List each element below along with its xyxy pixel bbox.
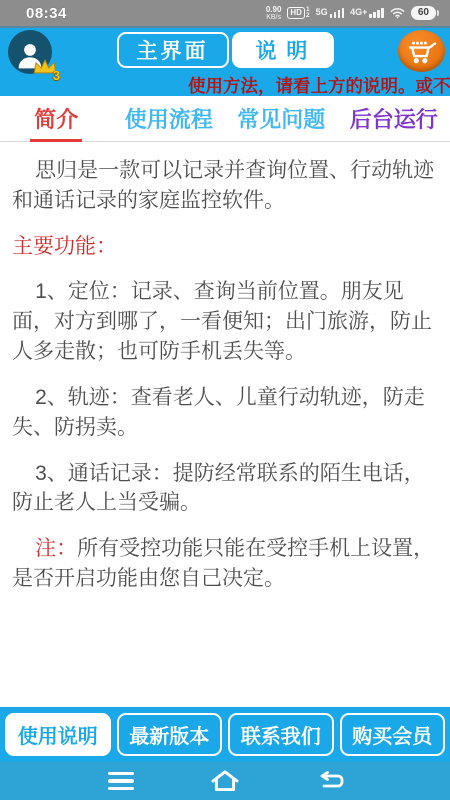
nav-recents-button[interactable] [108,772,134,791]
tab-bar: 简介 使用流程 常见问题 后台运行 [0,96,450,142]
feature-item-2: 2、轨迹：查看老人、儿童行动轨迹，防走失、防拐卖。 [12,383,440,443]
tab-background-run[interactable]: 后台运行 [338,96,450,141]
nav-back-button[interactable] [315,771,345,791]
intro-paragraph: 思归是一款可以记录并查询位置、行动轨迹和通话记录的家庭监控软件。 [12,156,440,216]
battery-level: 60 [418,7,429,18]
tab-intro[interactable]: 简介 [0,96,113,141]
main-screen-button[interactable]: 主界面 [117,32,229,68]
bottom-button-bar: 使用说明 最新版本 联系我们 购买会员 [0,707,450,762]
network-speed-value: 0.90 [266,6,282,14]
status-icons: 0.90 KB/s HD 1 2 5G 4G+ [266,6,436,21]
note-paragraph: 注：所有受控功能只能在受控手机上设置，是否开启功能由您自己决定。 [12,534,440,594]
shop-button[interactable] [398,30,445,72]
status-time: 08:34 [26,5,67,22]
android-nav-bar [0,762,450,800]
note-label: 注： [35,537,77,560]
network-speed-indicator: 0.90 KB/s [266,6,282,21]
signal-bars-icon [330,8,345,18]
wifi-icon [390,7,405,19]
volte-sim2: 2 [306,13,310,20]
features-heading: 主要功能： [12,232,440,262]
feature-item-1: 1、定位：记录、查询当前位置。朋友见面，对方到哪了，一看便知；出门旅游，防止人多… [12,277,440,366]
status-bar: 08:34 0.90 KB/s HD 1 2 5G 4G+ [0,0,450,26]
back-icon [315,771,345,791]
app-screen: 08:34 0.90 KB/s HD 1 2 5G 4G+ [0,0,450,800]
sim1-signal-icon: 5G [316,8,345,18]
latest-version-button[interactable]: 最新版本 [117,713,223,756]
buy-membership-button[interactable]: 购买会员 [340,713,446,756]
usage-instructions-button[interactable]: 使用说明 [5,713,111,756]
sim2-signal-icon: 4G+ [350,8,384,18]
instructions-button[interactable]: 说 明 [232,32,334,68]
contact-us-button[interactable]: 联系我们 [228,713,334,756]
battery-icon: 60 [411,6,436,20]
tab-usage-flow[interactable]: 使用流程 [113,96,226,141]
intro-content: 思归是一款可以记录并查询位置、行动轨迹和通话记录的家庭监控软件。 主要功能： 1… [0,142,450,707]
feature-item-3: 3、通话记录：提防经常联系的陌生电话，防止老人上当受骗。 [12,459,440,519]
user-avatar[interactable]: 3 [8,30,54,76]
header-top-row: 3 主界面 说 明 [0,28,450,72]
app-header: 3 主界面 说 明 使用方法，请看上方的说明。或不 [0,28,450,96]
notice-marquee: 使用方法，请看上方的说明。或不 [0,72,450,96]
signal-bars-icon [369,8,384,18]
network-speed-unit: KB/s [266,14,281,21]
shopping-cart-icon [405,36,439,66]
notice-marquee-text: 使用方法，请看上方的说明。或不 [188,73,450,96]
menu-icon [108,772,134,791]
volte-hd-icon: HD 1 2 [287,7,309,20]
tab-faq[interactable]: 常见问题 [225,96,338,141]
home-icon [210,769,240,793]
nav-home-button[interactable] [210,769,240,793]
